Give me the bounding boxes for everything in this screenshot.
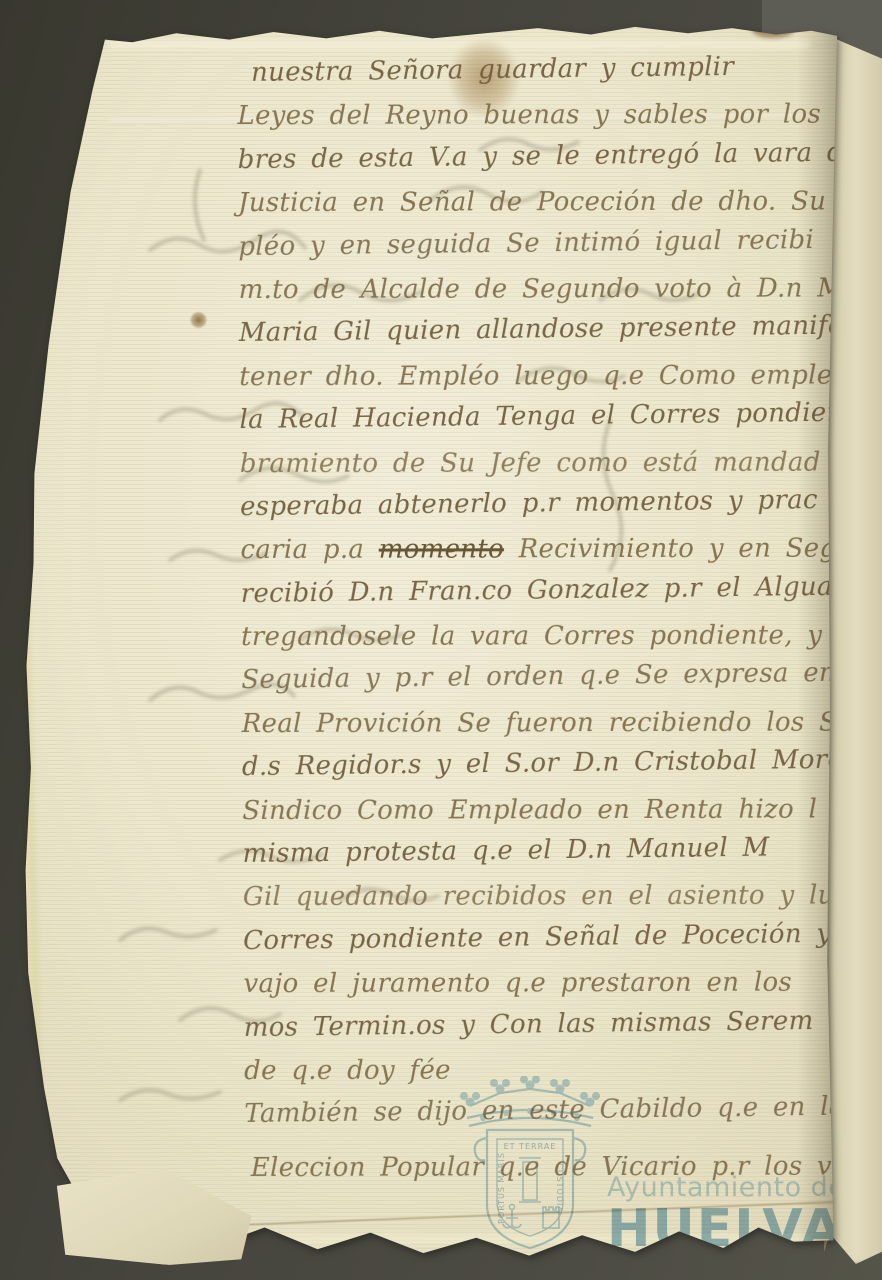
line-text: mos Termin.os y Con las mismas Serem	[244, 1006, 814, 1043]
line-text: caria p.a	[240, 535, 378, 565]
manuscript-line: misma protesta q.e el D.n Manuel M	[242, 832, 848, 883]
manuscript-line: Corres pondiente en Señal de Poceción y	[243, 918, 849, 969]
manuscript-line: También se dijo en este Cabildo q.e en l…	[244, 1092, 850, 1143]
manuscript-page: ET TERRAE PORTUS MARIS CUSTODIA Ayuntami…	[0, 0, 882, 1280]
manuscript-line: Maria Gil quien allandose presente manif…	[239, 311, 845, 362]
manuscript-line: la Real Hacienda Tenga el Corres pondien…	[239, 398, 845, 449]
line-text: Eleccion Popular q.e de Vicario p.r los …	[251, 1151, 874, 1183]
line-text: Gil quedando recibidos en el asiento y l…	[243, 881, 852, 913]
ink-dot-stain	[190, 312, 207, 328]
line-text: Leyes del Reyno buenas y sables por los …	[237, 100, 882, 132]
handwritten-text: nuestra Señora guardar y cumplirLeyes de…	[237, 54, 851, 1196]
manuscript-line: bres de esta V.a y se le entregó la vara…	[237, 137, 843, 188]
line-text: tregandosele la vara Corres pondiente, y	[241, 621, 822, 653]
line-text: de q.e doy fée	[244, 1055, 451, 1086]
line-text: También se dijo en este Cabildo q.e en l…	[244, 1092, 845, 1129]
line-text: Real Provición Se fueron recibiendo los …	[242, 707, 838, 739]
manuscript-line: d.s Regidor.s y el S.or D.n Cristobal Mo…	[242, 745, 848, 796]
manuscript-line: esperaba abtenerlo p.r momentos y prac	[240, 484, 846, 535]
manuscript-line: Eleccion Popular q.e de Vicario p.r los …	[245, 1151, 851, 1196]
edge-stain	[752, 22, 794, 38]
line-text: Seguida y p.r el orden q.e Se expresa en…	[241, 658, 859, 696]
manuscript-line: mos Termin.os y Con las mismas Serem	[244, 1005, 850, 1056]
manuscript-line: nuestra Señora guardar y cumplir	[237, 51, 843, 102]
line-text: Maria Gil quien allandose presente manif…	[239, 310, 882, 348]
line-text: nuestra Señora guardar y cumplir	[251, 52, 734, 88]
line-text: Sindico Como Empleado en Renta hizo l	[242, 794, 817, 826]
paper-sheet: ET TERRAE PORTUS MARIS CUSTODIA Ayuntami…	[0, 0, 882, 1280]
line-text: m.to de Alcalde de Segundo voto à D.n Ma…	[239, 273, 877, 305]
line-text: pléo y en seguida Se intimó igual recibi	[238, 225, 814, 262]
manuscript-line: pléo y en seguida Se intimó igual recibi	[238, 224, 844, 275]
strikethrough-word: momento	[379, 535, 504, 565]
line-text: Corres pondiente en Señal de Poceción y	[243, 919, 832, 956]
line-text: misma protesta q.e el D.n Manuel M	[242, 833, 769, 869]
line-text: la Real Hacienda Tenga el Corres pondien…	[239, 398, 854, 436]
line-text: Justicia en Señal de Poceción de dho. Su…	[238, 186, 881, 218]
spine-fold-shadow	[797, 30, 842, 1250]
line-text: d.s Regidor.s y el S.or D.n Cristobal Mo…	[242, 745, 861, 783]
line-text: esperaba abtenerlo p.r momentos y prac	[240, 485, 818, 522]
line-text: bramiento de Su Jefe como está mandad	[240, 447, 821, 479]
manuscript-line: recibió D.n Fran.co Gonzalez p.r el Algu…	[241, 571, 847, 622]
photo-background: ET TERRAE PORTUS MARIS CUSTODIA Ayuntami…	[0, 0, 882, 1280]
line-text: vajo el juramento q.e prestaron en los	[243, 968, 792, 999]
manuscript-line: Seguida y p.r el orden q.e Se expresa en…	[241, 658, 847, 709]
line-text: tener dho. Empléo luego q.e Como emplead	[239, 360, 865, 392]
